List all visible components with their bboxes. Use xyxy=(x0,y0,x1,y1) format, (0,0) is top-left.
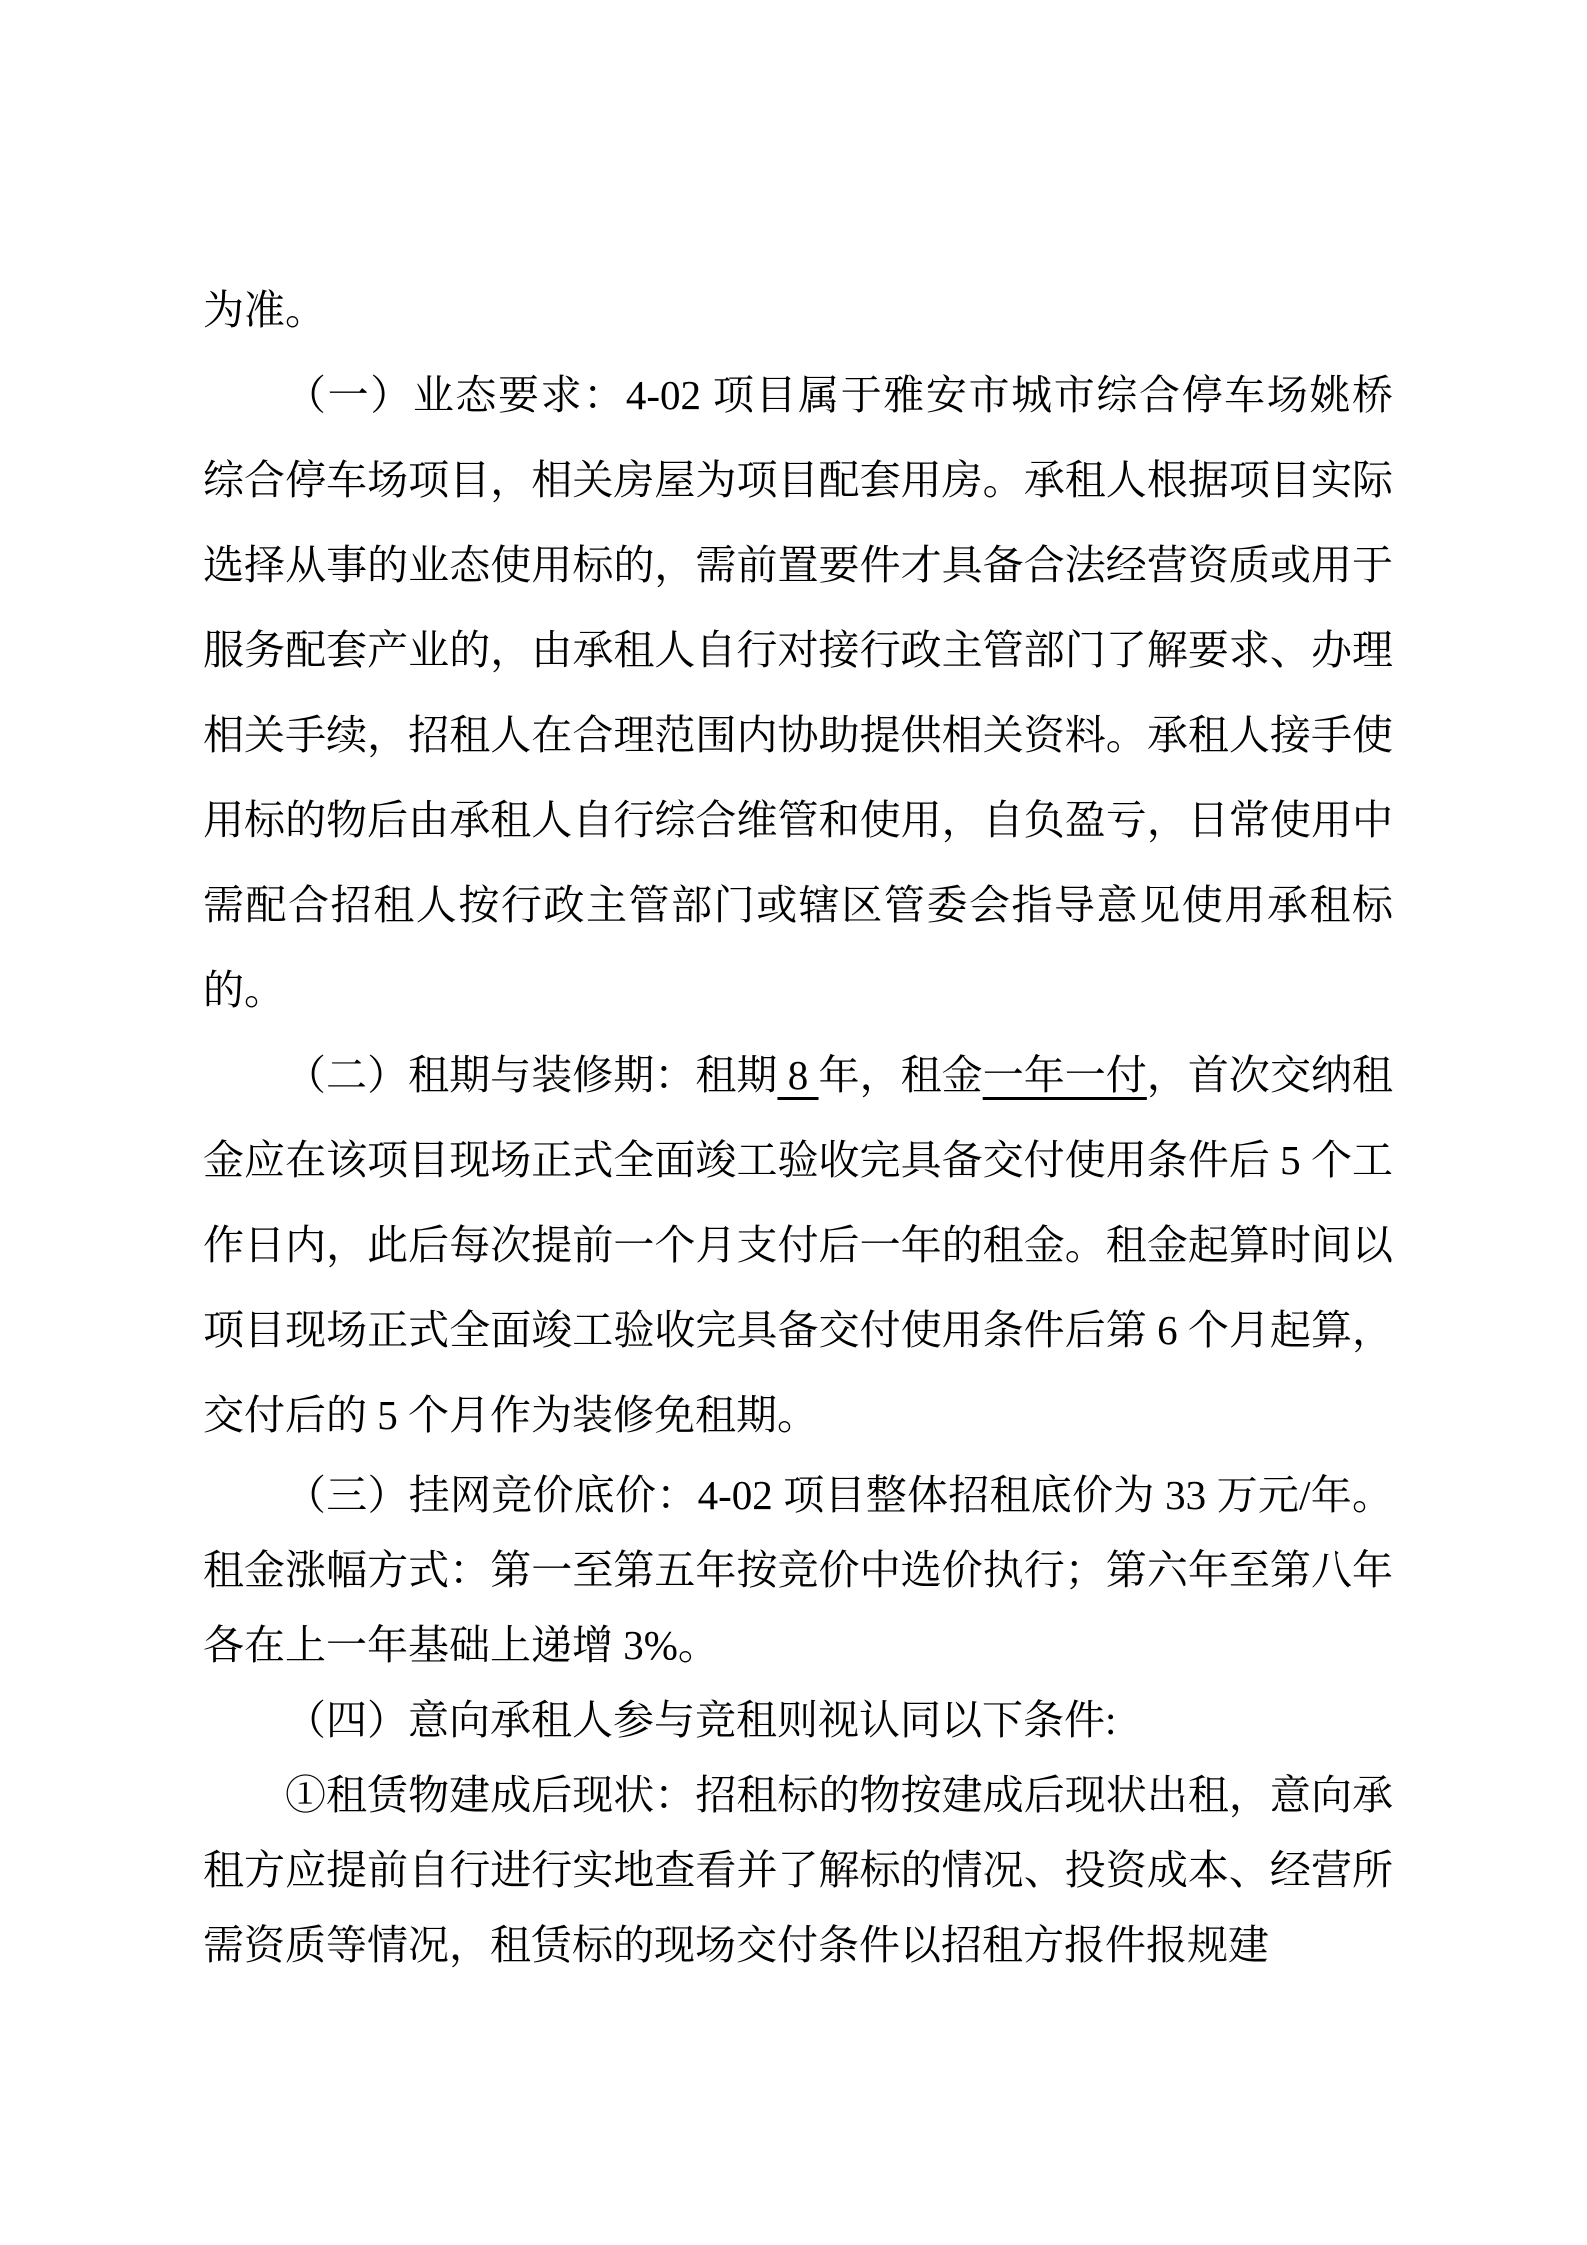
text-segment: （四）意向承租人参与竞租则视认同以下条件: xyxy=(285,1697,1116,1743)
document-page: 为准。（一）业态要求：4-02 项目属于雅安市城市综合停车场姚桥综合停车场项目，… xyxy=(0,0,1587,2245)
paragraph-section-2-lease-term: （二）租期与装修期：租期 8 年，租金一年一付，首次交纳租金应在该项目现场正式全… xyxy=(203,1033,1393,1458)
paragraph-section-4-conditions-intro: （四）意向承租人参与竞租则视认同以下条件: xyxy=(203,1683,1393,1758)
text-segment: ，首次交纳租金应在该项目现场正式全面竣工验收完具备交付使用条件后 5 个工作日内… xyxy=(203,1052,1393,1438)
text-segment: （一）业态要求：4-02 项目属于雅安市城市综合停车场姚桥综合停车场项目，相关房… xyxy=(203,372,1393,1013)
text-segment: ①租赁物建成后现状：招租标的物按建成后现状出租，意向承租方应提前自行进行实地查看… xyxy=(203,1772,1393,1968)
paragraph-section-1-business-requirements: （一）业态要求：4-02 项目属于雅安市城市综合停车场姚桥综合停车场项目，相关房… xyxy=(203,353,1393,1033)
paragraph-continuation: 为准。 xyxy=(203,268,1393,353)
paragraph-section-3-base-price: （三）挂网竞价底价：4-02 项目整体招租底价为 33 万元/年。租金涨幅方式：… xyxy=(203,1458,1393,1683)
text-segment: 为准。 xyxy=(203,287,326,333)
document-body: 为准。（一）业态要求：4-02 项目属于雅安市城市综合停车场姚桥综合停车场项目，… xyxy=(203,268,1393,1983)
text-segment: （二）租期与装修期：租期 xyxy=(285,1052,777,1098)
text-segment: 年，租金 xyxy=(819,1052,983,1098)
paragraph-condition-1-as-built-status: ①租赁物建成后现状：招租标的物按建成后现状出租，意向承租方应提前自行进行实地查看… xyxy=(203,1758,1393,1983)
underlined-text-segment: 一年一付 xyxy=(983,1052,1147,1098)
underlined-text-segment: 8 xyxy=(777,1052,818,1098)
text-segment: （三）挂网竞价底价：4-02 项目整体招租底价为 33 万元/年。租金涨幅方式：… xyxy=(203,1472,1393,1668)
